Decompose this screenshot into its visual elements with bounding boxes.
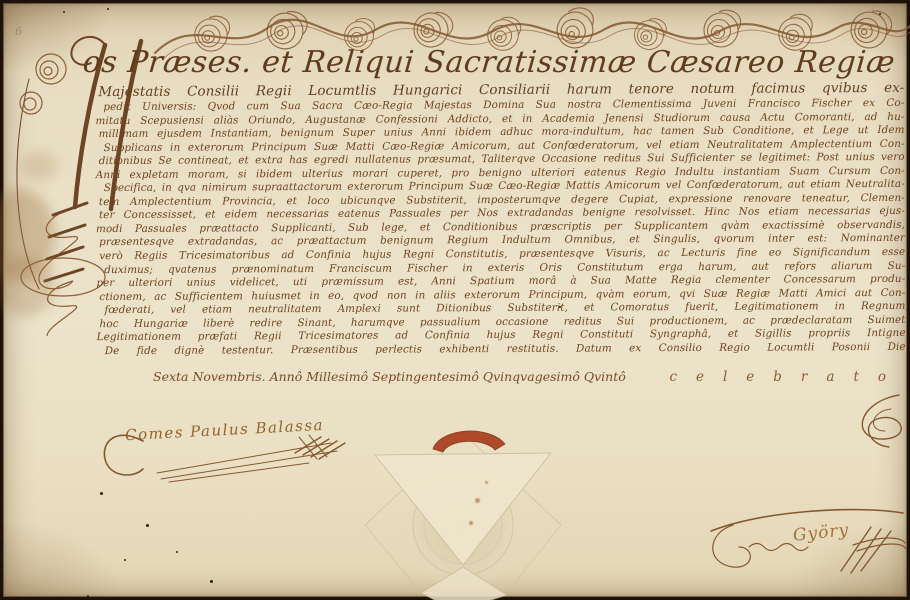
svg-text:6: 6 <box>15 25 22 38</box>
ink-speck <box>87 595 89 597</box>
ink-speck <box>63 11 65 13</box>
red-wax <box>433 431 505 452</box>
stain <box>0 256 55 316</box>
date-text: Sexta Novembris. Annô Millesimô Septinge… <box>153 369 626 384</box>
ink-speck <box>107 8 109 10</box>
rust-speck <box>475 498 480 503</box>
date-line: Sexta Novembris. Annô Millesimô Septinge… <box>153 369 905 385</box>
scanned-document: 6 <box>0 0 910 600</box>
date-flourish <box>841 389 907 455</box>
rust-speck <box>469 521 473 525</box>
rust-speck <box>485 481 488 484</box>
ink-speck <box>559 306 561 308</box>
ink-speck <box>100 492 103 495</box>
spaced-word: celebrato <box>669 369 905 385</box>
ink-speck <box>210 580 213 583</box>
paper: 6 <box>3 3 907 597</box>
wax-paper-seal <box>363 433 563 600</box>
stain <box>21 151 57 181</box>
body-text: Majestatis Consilii Regii Locumtlis Hung… <box>98 80 905 359</box>
ink-speck <box>176 551 178 553</box>
ink-speck <box>879 13 881 15</box>
document-heading: os Præses. et Reliqui Sacratissimæ Cæsar… <box>81 45 896 80</box>
ink-speck <box>146 524 149 527</box>
ink-speck <box>124 559 126 561</box>
signature-left-paraph <box>99 427 369 487</box>
